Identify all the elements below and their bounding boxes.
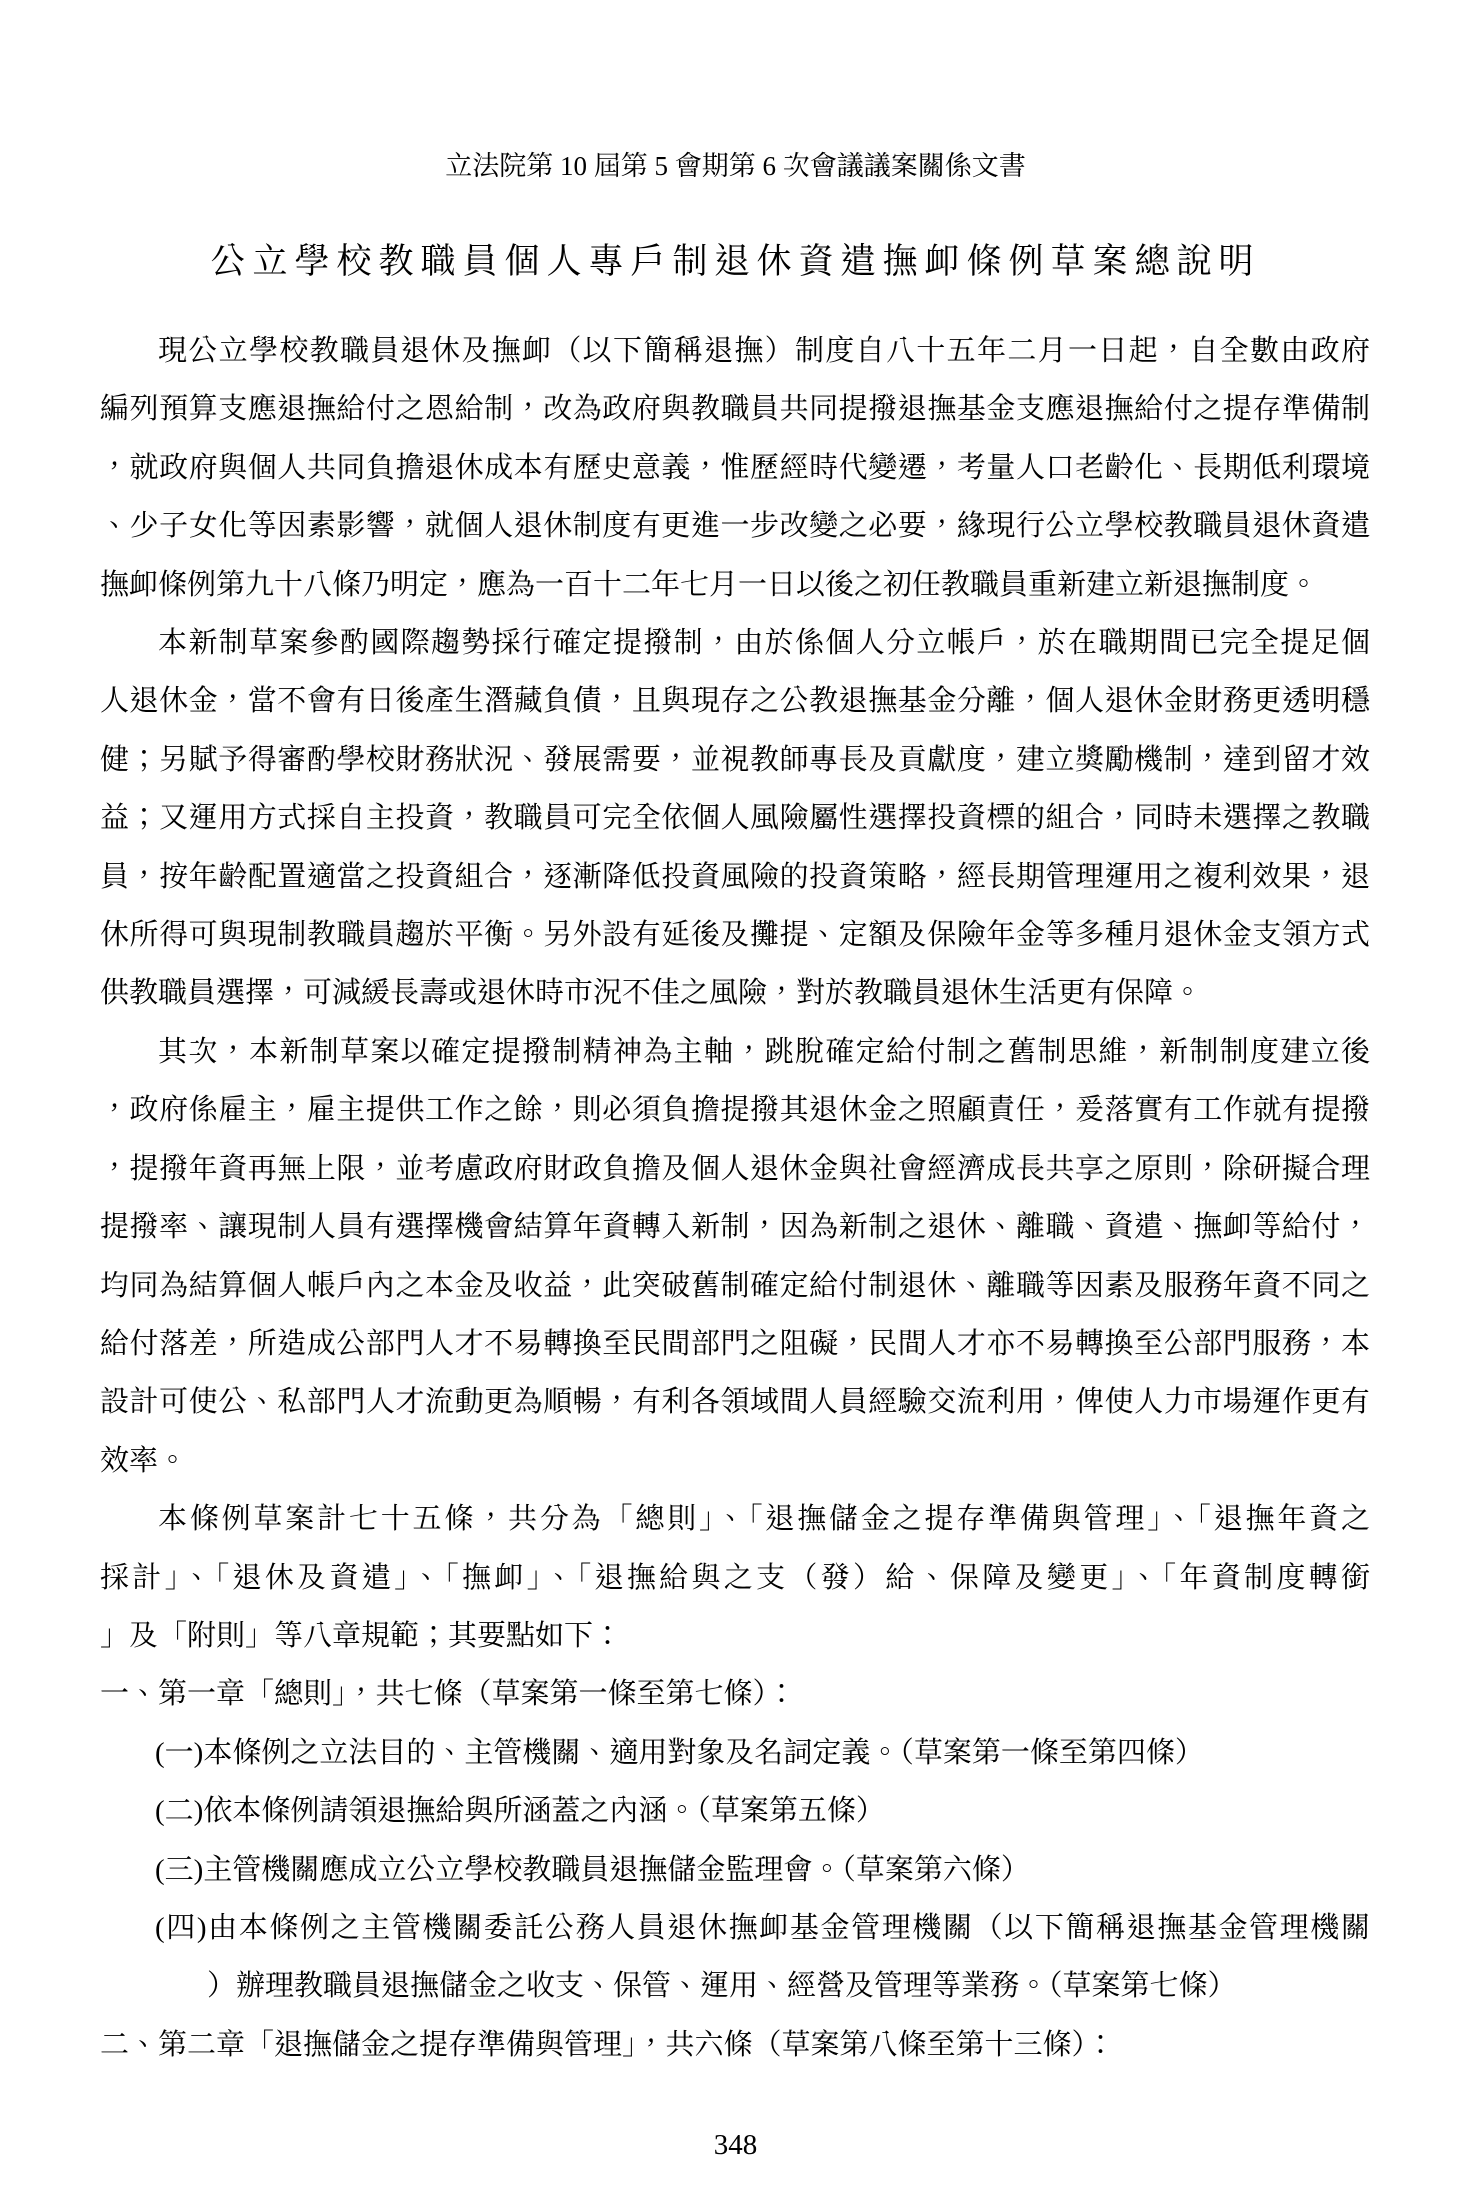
text-line: 其次，本新制草案以確定提撥制精神為主軸，跳脫確定給付制之舊制思維，新制制度建立後 bbox=[100, 1023, 1370, 1081]
paragraph: 本條例草案計七十五條，共分為「總則」、「退撫儲金之提存準備與管理」、「退撫年資之… bbox=[100, 1490, 1370, 1665]
text-line: (三)主管機關應成立公立學校教職員退撫儲金監理會。（草案第六條） bbox=[100, 1841, 1370, 1899]
paragraph: 本新制草案參酌國際趨勢採行確定提撥制，由於係個人分立帳戶，於在職期間已完全提足個… bbox=[100, 614, 1370, 1023]
document-header: 立法院第 10 屆第 5 會期第 6 次會議議案關係文書 bbox=[0, 150, 1471, 182]
paragraph: 現公立學校教職員退休及撫卹（以下簡稱退撫）制度自八十五年二月一日起，自全數由政府… bbox=[100, 322, 1370, 614]
text-line: 供教職員選擇，可減緩長壽或退休時市況不佳之風險，對於教職員退休生活更有保障。 bbox=[100, 964, 1370, 1022]
text-line: 本條例草案計七十五條，共分為「總則」、「退撫儲金之提存準備與管理」、「退撫年資之 bbox=[100, 1490, 1370, 1548]
text-line: 人退休金，當不會有日後產生潛藏負債，且與現存之公教退撫基金分離，個人退休金財務更… bbox=[100, 672, 1370, 730]
text-line: ，就政府與個人共同負擔退休成本有歷史意義，惟歷經時代變遷，考量人口老齡化、長期低… bbox=[100, 439, 1370, 497]
text-line: 健；另賦予得審酌學校財務狀況、發展需要，並視教師專長及貢獻度，建立獎勵機制，達到… bbox=[100, 731, 1370, 789]
page-title: 公立學校教職員個人專戶制退休資遣撫卹條例草案總說明 bbox=[0, 240, 1471, 284]
text-line: ）辦理教職員退撫儲金之收支、保管、運用、經營及管理等業務。（草案第七條） bbox=[100, 1957, 1370, 2015]
document-body: 現公立學校教職員退休及撫卹（以下簡稱退撫）制度自八十五年二月一日起，自全數由政府… bbox=[100, 322, 1370, 2074]
list-item: 一、第一章「總則」，共七條（草案第一條至第七條）： bbox=[100, 1665, 1370, 1723]
text-line: ，政府係雇主，雇主提供工作之餘，則必須負擔提撥其退休金之照顧責任，爰落實有工作就… bbox=[100, 1081, 1370, 1139]
text-line: 效率。 bbox=[100, 1432, 1370, 1490]
text-line: 撫卹條例第九十八條乃明定，應為一百十二年七月一日以後之初任教職員重新建立新退撫制… bbox=[100, 556, 1370, 614]
text-line: 均同為結算個人帳戶內之本金及收益，此突破舊制確定給付制退休、離職等因素及服務年資… bbox=[100, 1257, 1370, 1315]
text-line: 一、第一章「總則」，共七條（草案第一條至第七條）： bbox=[100, 1665, 1370, 1723]
list-item: (二)依本條例請領退撫給與所涵蓋之內涵。（草案第五條） bbox=[100, 1782, 1370, 1840]
text-line: 」及「附則」等八章規範；其要點如下： bbox=[100, 1607, 1370, 1665]
text-line: 設計可使公、私部門人才流動更為順暢，有利各領域間人員經驗交流利用，俾使人力市場運… bbox=[100, 1373, 1370, 1431]
text-line: 休所得可與現制教職員趨於平衡。另外設有延後及攤提、定額及保險年金等多種月退休金支… bbox=[100, 906, 1370, 964]
text-line: 二、第二章「退撫儲金之提存準備與管理」，共六條（草案第八條至第十三條）： bbox=[100, 2016, 1370, 2074]
text-line: (二)依本條例請領退撫給與所涵蓋之內涵。（草案第五條） bbox=[100, 1782, 1370, 1840]
list-item: (一)本條例之立法目的、主管機關、適用對象及名詞定義。（草案第一條至第四條） bbox=[100, 1724, 1370, 1782]
list-item: (四)由本條例之主管機關委託公務人員退休撫卹基金管理機關（以下簡稱退撫基金管理機… bbox=[100, 1899, 1370, 2016]
text-line: 、少子女化等因素影響，就個人退休制度有更進一步改變之必要，緣現行公立學校教職員退… bbox=[100, 497, 1370, 555]
text-line: 採計」、「退休及資遣」、「撫卹」、「退撫給與之支（發）給、保障及變更」、「年資制… bbox=[100, 1549, 1370, 1607]
list-item: 二、第二章「退撫儲金之提存準備與管理」，共六條（草案第八條至第十三條）： bbox=[100, 2016, 1370, 2074]
paragraph: 其次，本新制草案以確定提撥制精神為主軸，跳脫確定給付制之舊制思維，新制制度建立後… bbox=[100, 1023, 1370, 1490]
text-line: (一)本條例之立法目的、主管機關、適用對象及名詞定義。（草案第一條至第四條） bbox=[100, 1724, 1370, 1782]
text-line: 現公立學校教職員退休及撫卹（以下簡稱退撫）制度自八十五年二月一日起，自全數由政府 bbox=[100, 322, 1370, 380]
text-line: 本新制草案參酌國際趨勢採行確定提撥制，由於係個人分立帳戶，於在職期間已完全提足個 bbox=[100, 614, 1370, 672]
text-line: 提撥率、讓現制人員有選擇機會結算年資轉入新制，因為新制之退休、離職、資遣、撫卹等… bbox=[100, 1198, 1370, 1256]
text-line: 給付落差，所造成公部門人才不易轉換至民間部門之阻礙，民間人才亦不易轉換至公部門服… bbox=[100, 1315, 1370, 1373]
text-line: ，提撥年資再無上限，並考慮政府財政負擔及個人退休金與社會經濟成長共享之原則，除研… bbox=[100, 1140, 1370, 1198]
page-number: 348 bbox=[0, 2128, 1471, 2162]
document-page: 立法院第 10 屆第 5 會期第 6 次會議議案關係文書 公立學校教職員個人專戶… bbox=[0, 0, 1471, 2212]
text-line: 益；又運用方式採自主投資，教職員可完全依個人風險屬性選擇投資標的組合，同時未選擇… bbox=[100, 789, 1370, 847]
text-line: 編列預算支應退撫給付之恩給制，改為政府與教職員共同提撥退撫基金支應退撫給付之提存… bbox=[100, 380, 1370, 438]
text-line: 員，按年齡配置適當之投資組合，逐漸降低投資風險的投資策略，經長期管理運用之複利效… bbox=[100, 848, 1370, 906]
list-item: (三)主管機關應成立公立學校教職員退撫儲金監理會。（草案第六條） bbox=[100, 1841, 1370, 1899]
text-line: (四)由本條例之主管機關委託公務人員退休撫卹基金管理機關（以下簡稱退撫基金管理機… bbox=[100, 1899, 1370, 1957]
